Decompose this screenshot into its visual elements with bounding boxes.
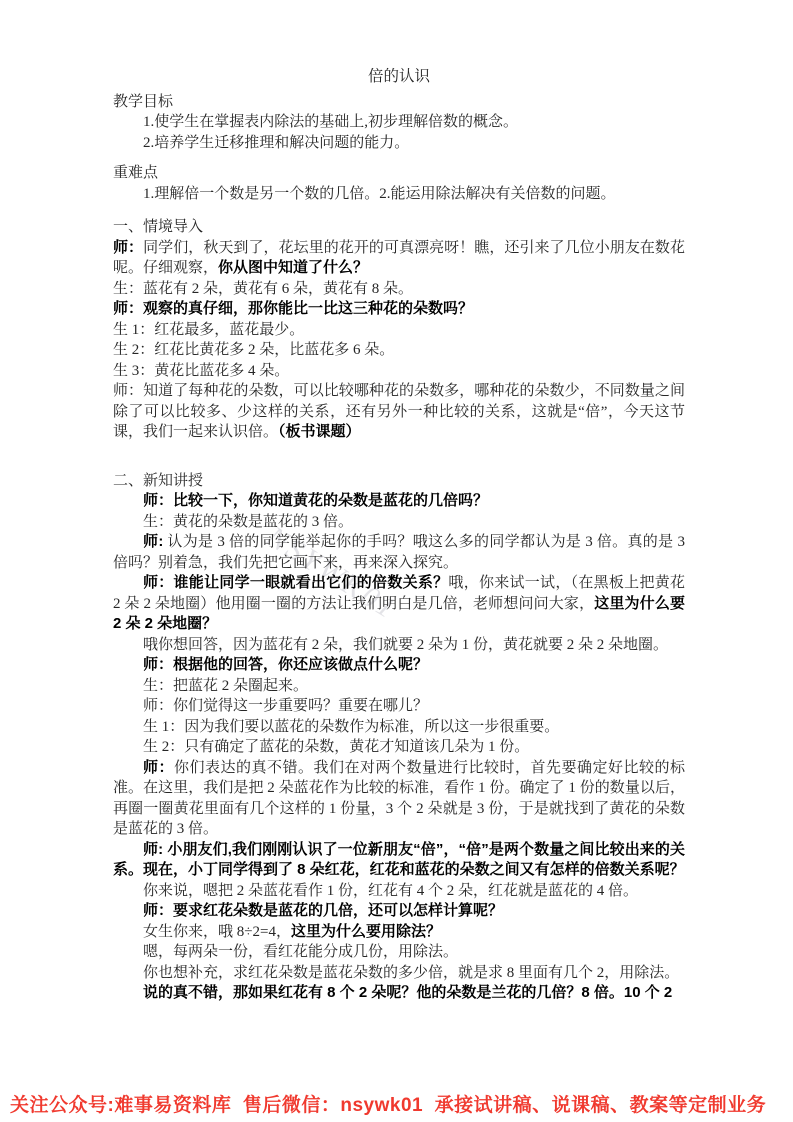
dialog-line: 师：同学们，秋天到了，花坛里的花开的可真漂亮呀！瞧，还引来了几位小朋友在数花呢。…	[113, 238, 685, 279]
text-run: 教学目标	[113, 94, 173, 110]
dialog-line: 嗯，每两朵一份，看红花能分成几份，用除法。	[113, 942, 685, 963]
text-run: 嗯，每两朵一份，看红花能分成几份，用除法。	[143, 944, 458, 960]
bold-text-run: 你从图中知道了什么？	[218, 259, 368, 276]
bold-text-run: 师：要求红花朵数是蓝花的几倍，还可以怎样计算呢？	[143, 902, 503, 919]
bold-text-run: 师: 小朋友们,我们刚刚认识了一位新朋友“倍”，“倍”是两个数量之间比较出来的关…	[113, 841, 685, 879]
text-run: 你也想补充，求红花朵数是蓝花朵数的多少倍，就是求 8 里面有几个 2，用除法。	[143, 965, 679, 981]
goal-item-1: 1.使学生在掌握表内除法的基础上,初步理解倍数的概念。	[113, 112, 685, 133]
text-run: 生 1：因为我们要以蓝花的朵数作为标准，所以这一步很重要。	[143, 719, 559, 735]
dialog-line: 生 1：因为我们要以蓝花的朵数作为标准，所以这一步很重要。	[113, 717, 685, 738]
text-run: 生 2：红花比黄花多 2 朵，比蓝花多 6 朵。	[113, 342, 394, 358]
bold-text-run: 这里为什么要用除法？	[291, 923, 441, 940]
bold-text-run: 说的真不错，那如果红花有 8 个 2 朵呢？他的朵数是兰花的几倍？8 倍。10 …	[143, 984, 672, 1001]
bold-text-run: 师：观察的真仔细，那你能比一比这三种花的朵数吗？	[113, 300, 473, 317]
bold-text-run: 师:	[143, 533, 163, 550]
document-content: 倍的认识教学目标1.使学生在掌握表内除法的基础上,初步理解倍数的概念。2.培养学…	[113, 67, 685, 1004]
dialog-line: 生：蓝花有 2 朵，黄花有 6 朵，黄花有 8 朵。	[113, 279, 685, 300]
footer-banner: 关注公众号:难事易资料库 售后微信：nsywk01 承接试讲稿、说课稿、教案等定…	[10, 1090, 766, 1117]
dialog-line: 师：比较一下，你知道黄花的朵数是蓝花的几倍吗？	[113, 491, 685, 512]
dialog-line: 生 1：红花最多，蓝花最少。	[113, 320, 685, 341]
goal-item-2: 2.培养学生迁移推理和解决问题的能力。	[113, 133, 685, 154]
dialog-line: 师：观察的真仔细，那你能比一比这三种花的朵数吗？	[113, 299, 685, 320]
heading-key-points: 重难点	[113, 163, 685, 184]
text-run: 生：黄花的朵数是蓝花的 3 倍。	[143, 514, 353, 530]
text-run: 重难点	[113, 165, 158, 181]
dialog-line: 哦你想回答，因为蓝花有 2 朵，我们就要 2 朵为 1 份，黄花就要 2 朵 2…	[113, 635, 685, 656]
text-run: 你们表达的真不错。我们在对两个数量进行比较时，首先要确定好比较的标准。在这里，我…	[113, 760, 685, 838]
heading-teaching-goals: 教学目标	[113, 92, 685, 113]
section-2-heading: 二、新知讲授	[113, 471, 685, 492]
dialog-line: 生：把蓝花 2 朵圈起来。	[113, 676, 685, 697]
bold-text-run: 师：比较一下，你知道黄花的朵数是蓝花的几倍吗？	[143, 492, 488, 509]
dialog-line: 师：要求红花朵数是蓝花的几倍，还可以怎样计算呢？	[113, 901, 685, 922]
dialog-line: 你来说，嗯把 2 朵蓝花看作 1 份，红花有 4 个 2 朵，红花就是蓝花的 4…	[113, 881, 685, 902]
dialog-line: 你也想补充，求红花朵数是蓝花朵数的多少倍，就是求 8 里面有几个 2，用除法。	[113, 963, 685, 984]
text-run: 同学们，秋天到了，花坛里的花开的可真漂亮呀！瞧，还引来了几位小朋友在数花呢。仔细…	[113, 240, 685, 277]
dialog-line: 女生你来，哦 8÷2=4，这里为什么要用除法？	[113, 922, 685, 943]
section-1-heading: 一、情境导入	[113, 217, 685, 238]
text-run: 一、情境导入	[113, 219, 203, 235]
dialog-line: 生 2：红花比黄花多 2 朵，比蓝花多 6 朵。	[113, 340, 685, 361]
text-run: 1.理解倍一个数是另一个数的几倍。2.能运用除法解决有关倍数的问题。	[143, 186, 616, 202]
text-run: 2.培养学生迁移推理和解决问题的能力。	[143, 135, 409, 151]
dialog-line: 生：黄花的朵数是蓝花的 3 倍。	[113, 512, 685, 533]
bold-text-run: 师：谁能让同学一眼就看出它们的倍数关系？	[143, 574, 448, 591]
dialog-line: 生 2：只有确定了蓝花的朵数，黄花才知道该几朵为 1 份。	[113, 737, 685, 758]
document-page: NSYWK01 倍的认识教学目标1.使学生在掌握表内除法的基础上,初步理解倍数的…	[0, 0, 793, 1122]
dialog-line: 说的真不错，那如果红花有 8 个 2 朵呢？他的朵数是兰花的几倍？8 倍。10 …	[113, 983, 685, 1004]
dialog-line: 师：根据他的回答，你还应该做点什么呢？	[113, 655, 685, 676]
dialog-line: 生 3：黄花比蓝花多 4 朵。	[113, 361, 685, 382]
text-run: 生 2：只有确定了蓝花的朵数，黄花才知道该几朵为 1 份。	[143, 739, 529, 755]
text-run: 生 3：黄花比蓝花多 4 朵。	[113, 363, 289, 379]
text-run: 生 1：红花最多，蓝花最少。	[113, 322, 304, 338]
text-run: 师：你们觉得这一步重要吗？重要在哪儿？	[143, 698, 428, 714]
dialog-line: 师: 小朋友们,我们刚刚认识了一位新朋友“倍”，“倍”是两个数量之间比较出来的关…	[113, 840, 685, 881]
dialog-line: 师：你们表达的真不错。我们在对两个数量进行比较时，首先要确定好比较的标准。在这里…	[113, 758, 685, 840]
text-run: 你来说，嗯把 2 朵蓝花看作 1 份，红花有 4 个 2 朵，红花就是蓝花的 4…	[143, 883, 638, 899]
dialog-line: 师：你们觉得这一步重要吗？重要在哪儿？	[113, 696, 685, 717]
dialog-line: 师: 认为是 3 倍的同学能举起你的手吗？哦这么多的同学都认为是 3 倍。真的是…	[113, 532, 685, 573]
bold-text-run: （板书课题）	[278, 423, 361, 440]
bold-text-run: 师：	[143, 759, 174, 776]
key-points-item: 1.理解倍一个数是另一个数的几倍。2.能运用除法解决有关倍数的问题。	[113, 184, 685, 205]
text-run: 生：蓝花有 2 朵，黄花有 6 朵，黄花有 8 朵。	[113, 281, 413, 297]
text-run: 生：把蓝花 2 朵圈起来。	[143, 678, 308, 694]
text-run: 倍的认识	[368, 68, 430, 85]
text-run: 师：知道了每种花的朵数，可以比较哪种花的朵数多，哪种花的朵数少，不同数量之间除了…	[113, 383, 685, 440]
text-run: 哦你想回答，因为蓝花有 2 朵，我们就要 2 朵为 1 份，黄花就要 2 朵 2…	[143, 637, 668, 653]
text-run: 女生你来，哦 8÷2=4，	[143, 924, 291, 940]
bold-text-run: 师：	[113, 239, 143, 256]
text-run: 认为是 3 倍的同学能举起你的手吗？哦这么多的同学都认为是 3 倍。真的是 3 …	[113, 534, 685, 571]
dialog-line: 师：知道了每种花的朵数，可以比较哪种花的朵数多，哪种花的朵数少，不同数量之间除了…	[113, 381, 685, 443]
dialog-line: 师：谁能让同学一眼就看出它们的倍数关系？哦，你来试一试，（在黑板上把黄花 2 朵…	[113, 573, 685, 635]
doc-title: 倍的认识	[113, 67, 685, 88]
text-run: 二、新知讲授	[113, 473, 203, 489]
bold-text-run: 师：根据他的回答，你还应该做点什么呢？	[143, 656, 428, 673]
text-run: 1.使学生在掌握表内除法的基础上,初步理解倍数的概念。	[143, 114, 518, 130]
